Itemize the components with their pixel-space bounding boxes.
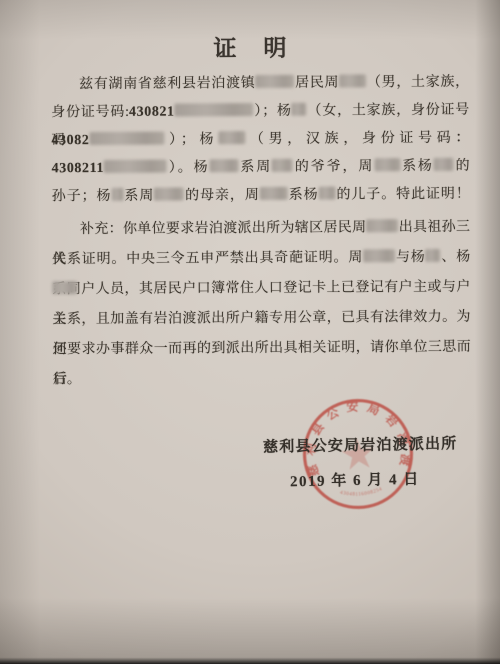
text-run: 43082 xyxy=(51,133,89,148)
paragraph: 补充：你单位要求岩泊渡派出所为辖区居民周出具祖孙三代关系证明。中央三令五申严禁出… xyxy=(52,213,471,396)
text-run: 系周 xyxy=(123,189,154,204)
text-run: 系杨 xyxy=(288,188,319,203)
document-line: 系同户人员，其居民户口簿常住人口登记卡上已登记有户主或与户主 xyxy=(52,273,470,306)
redaction-blur xyxy=(255,75,294,88)
redaction-blur xyxy=(434,158,454,171)
document-line: 4308211）。杨系周的爷爷，周系杨的 xyxy=(52,153,470,184)
document-line: 还要求办事群众一而再的到派出所出具相关证明，请你单位三思而后 xyxy=(53,333,471,366)
text-run: 4308211 xyxy=(52,161,105,176)
redaction-blur xyxy=(318,187,335,200)
redaction-blur xyxy=(363,249,395,262)
text-run: 关系证明。中央三令五申严禁出具奇葩证明。周 xyxy=(52,250,363,267)
document-line: 兹有湖南省慈利县岩泊渡镇居民周（男，土家族， xyxy=(51,69,469,100)
issue-date: 2019 年 6 月 4 日 xyxy=(290,468,420,491)
document-body: 兹有湖南省慈利县岩泊渡镇居民周（男，土家族，身份证号码:430821）；杨（女，… xyxy=(51,69,471,396)
document-line: 身份证号码:430821）；杨（女，土家族，身份证号码： xyxy=(51,97,469,128)
document-line: 关系，且加盖有岩泊渡派出所户籍专用公章，已具有法律效力。为何 xyxy=(52,303,470,336)
redaction-blur xyxy=(111,188,123,201)
document-line: 孙子；杨系周的母亲，周系杨的儿子。特此证明！ xyxy=(52,181,470,212)
redaction-blur xyxy=(366,219,398,232)
text-run: 居民周 xyxy=(294,76,339,91)
text-run: 的母亲，周 xyxy=(184,188,260,203)
issuer-signature: 慈利县公安局岩泊渡派出所 xyxy=(262,432,457,457)
text-run: ）。杨 xyxy=(167,160,210,175)
document-line: 补充：你单位要求岩泊渡派出所为辖区居民周出具祖孙三代 xyxy=(52,213,470,246)
text-run: 补充：你单位要求岩泊渡派出所为辖区居民周 xyxy=(80,220,366,237)
redaction-blur xyxy=(209,159,238,172)
text-run: ）；杨 xyxy=(164,132,218,147)
document-line: 43082）；杨（男，汉族，身份证号码： xyxy=(51,125,469,156)
redaction-blur xyxy=(154,187,184,200)
redaction-blur xyxy=(374,158,400,171)
document-line: 关系证明。中央三令五申严禁出具奇葩证明。周与杨、杨 xyxy=(52,243,470,276)
redaction-blur xyxy=(426,249,441,262)
text-run: 、杨 xyxy=(441,250,471,265)
text-run: 的 xyxy=(454,159,470,174)
text-run: 身份证号码: xyxy=(51,105,129,120)
redaction-blur xyxy=(89,132,164,145)
text-run: ）；杨 xyxy=(254,104,292,119)
redaction-blur xyxy=(52,281,77,294)
text-run: 系周 xyxy=(238,160,272,175)
text-run: （男，汉族，身份证号码： xyxy=(245,131,469,147)
redaction-blur xyxy=(104,160,167,173)
text-run: 兹有湖南省慈利县岩泊渡镇 xyxy=(79,76,255,92)
text-run: 430821 xyxy=(129,105,175,120)
document-line: 行。 xyxy=(53,363,471,396)
redaction-blur xyxy=(260,187,288,200)
paragraph: 兹有湖南省慈利县岩泊渡镇居民周（男，土家族，身份证号码:430821）；杨（女，… xyxy=(51,69,470,212)
redaction-blur xyxy=(292,103,307,116)
text-run: 与杨 xyxy=(395,250,426,265)
text-run: 孙子；杨 xyxy=(52,189,112,204)
text-run: 行。 xyxy=(53,372,81,387)
text-run: （男，土家族， xyxy=(366,75,469,91)
redaction-blur xyxy=(272,159,293,172)
redaction-blur xyxy=(175,103,254,116)
text-run: 的爷爷，周 xyxy=(293,159,374,174)
text-run: 的儿子。特此证明！ xyxy=(335,187,469,203)
redaction-blur xyxy=(339,74,366,87)
text-run: 系杨 xyxy=(400,159,434,174)
redaction-blur xyxy=(218,131,245,144)
document-title: 证明 xyxy=(0,29,500,65)
